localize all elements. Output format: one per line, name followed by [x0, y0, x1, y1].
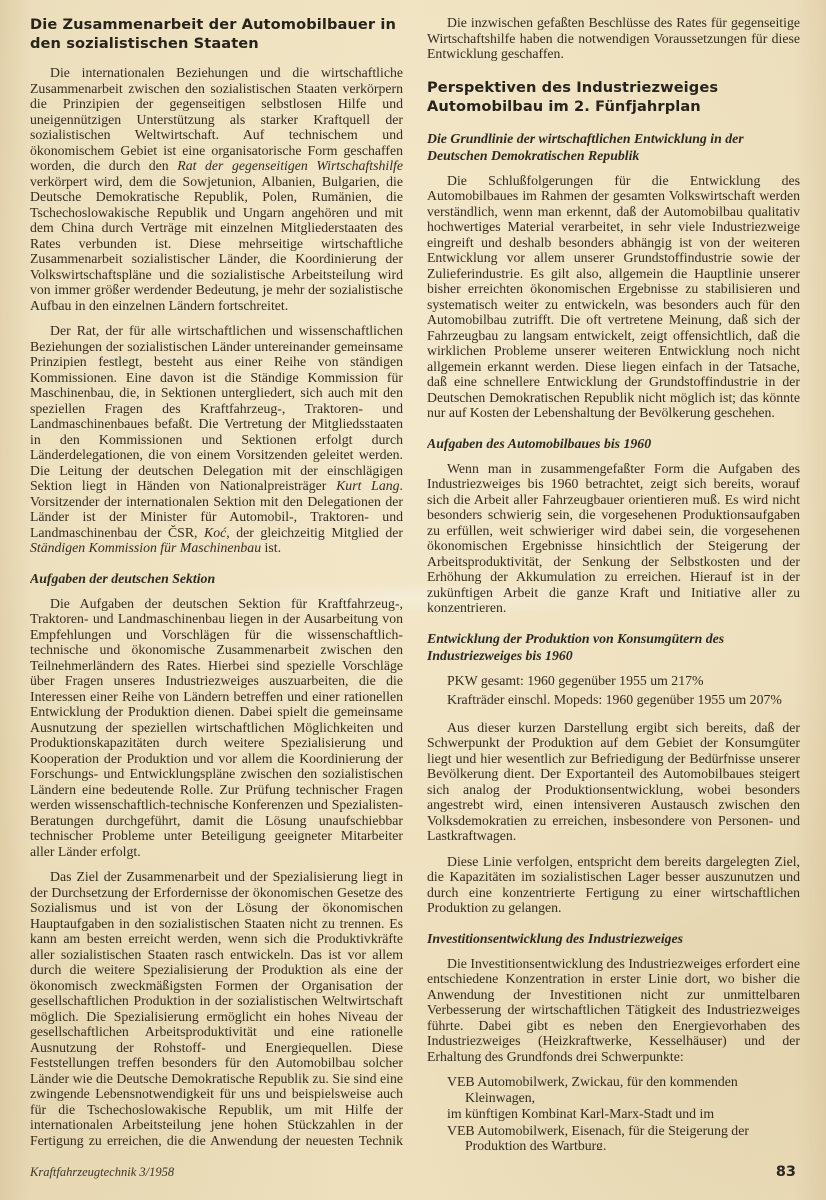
text-run: Entwicklung der Produktion von Konsumgüt… [427, 631, 724, 663]
list-item-kombinat: im künftigen Kombinat Karl-Marx-Stadt un… [427, 1106, 800, 1122]
text-run: Krafträder einschl. Mopeds: 1960 gegenüb… [447, 692, 782, 707]
text-run: Die Investitionsentwicklung des Industri… [427, 956, 800, 1064]
text-run: Die Zusammenarbeit der Automobilbauer in… [30, 16, 396, 52]
text-run: ist. [261, 540, 281, 555]
paragraph: Die Investitionsentwicklung des Industri… [427, 956, 800, 1065]
article-title: Die Zusammenarbeit der Automobilbauer in… [30, 15, 403, 53]
paragraph: Wenn man in zusammengefaßter Form die Au… [427, 461, 800, 616]
list-item-zwickau: VEB Automobilwerk, Zwickau, für den komm… [427, 1074, 800, 1105]
paragraph: Die internationalen Beziehungen und die … [30, 65, 403, 313]
paragraph: Die Schlußfolgerungen für die Entwicklun… [427, 173, 800, 421]
text-run: VEB Automobilwerk, Eisenach, für die Ste… [447, 1123, 749, 1151]
text-run: verkörpert wird, dem die Sowjetunion, Al… [30, 174, 403, 313]
paragraph: Aus dieser kurzen Darstellung ergibt sic… [427, 720, 800, 844]
section-subheading: Entwicklung der Produktion von Konsumgüt… [427, 630, 800, 664]
text-run: Aufgaben des Automobilbaues bis 1960 [427, 436, 651, 451]
paragraph: Das Ziel der Zusammenarbeit und der Spez… [30, 869, 403, 1150]
right-column: Die inzwischen gefaßten Beschlüsse des R… [427, 15, 800, 1150]
emphasized-text: Ständigen Kommission für Maschinenbau [30, 540, 261, 555]
emphasized-text: Kurt Lang [336, 478, 399, 493]
page-footer: Kraftfahrzeugtechnik 3/1958 83 [30, 1164, 796, 1180]
text-run: VEB Automobilwerk, Zwickau, für den komm… [447, 1074, 738, 1105]
section-subheading: Aufgaben der deutschen Sektion [30, 570, 403, 587]
scanned-journal-page: Die Zusammenarbeit der Automobilbauer in… [0, 0, 826, 1200]
text-run: Die Grundlinie der wirtschaftlichen Entw… [427, 131, 744, 163]
text-run: Die Schlußfolgerungen für die Entwicklun… [427, 173, 800, 421]
text-run: PKW gesamt: 1960 gegenüber 1955 um 217% [447, 673, 703, 688]
paragraph: Die inzwischen gefaßten Beschlüsse des R… [427, 15, 800, 62]
text-run: Perspektiven des Industriezweiges Automo… [427, 79, 718, 115]
stat-line-kraftraeder: Krafträder einschl. Mopeds: 1960 gegenüb… [427, 692, 800, 708]
paragraph: Die Aufgaben der deutschen Sektion für K… [30, 596, 403, 860]
paragraph: Diese Linie verfolgen, entspricht dem be… [427, 854, 800, 916]
emphasized-text: Rat der gegenseitigen Wirtschaftshilfe [177, 158, 403, 173]
section-subheading: Investitionsentwicklung des Industriezwe… [427, 930, 800, 947]
two-column-layout: Die Zusammenarbeit der Automobilbauer in… [30, 15, 800, 1150]
text-run: Aufgaben der deutschen Sektion [30, 571, 215, 586]
paragraph: Der Rat, der für alle wirtschaftlichen u… [30, 323, 403, 556]
text-run: Die internationalen Beziehungen und die … [30, 65, 403, 173]
text-run: Wenn man in zusammengefaßter Form die Au… [427, 461, 800, 616]
section-subheading: Aufgaben des Automobilbaues bis 1960 [427, 435, 800, 452]
text-run: Aus dieser kurzen Darstellung ergibt sic… [427, 720, 800, 844]
list-item-eisenach: VEB Automobilwerk, Eisenach, für die Ste… [427, 1123, 800, 1151]
text-run: im künftigen Kombinat Karl-Marx-Stadt un… [447, 1106, 714, 1121]
article-title: Perspektiven des Industriezweiges Automo… [427, 78, 800, 116]
text-run: Investitionsentwicklung des Industriezwe… [427, 931, 683, 946]
text-run: Das Ziel der Zusammenarbeit und der Spez… [30, 869, 403, 1150]
emphasized-text: Koć [204, 525, 226, 540]
text-run: Die inzwischen gefaßten Beschlüsse des R… [427, 15, 800, 61]
section-subheading: Die Grundlinie der wirtschaftlichen Entw… [427, 130, 800, 164]
text-run: Der Rat, der für alle wirtschaftlichen u… [30, 323, 403, 493]
left-column: Die Zusammenarbeit der Automobilbauer in… [30, 15, 403, 1150]
journal-title: Kraftfahrzeugtechnik 3/1958 [30, 1165, 174, 1180]
text-run: Diese Linie verfolgen, entspricht dem be… [427, 854, 800, 916]
text-run: , der gleichzeitig Mitglied der [226, 525, 403, 540]
text-run: Die Aufgaben der deutschen Sektion für K… [30, 596, 403, 859]
page-number: 83 [776, 1164, 796, 1180]
stat-line-pkw: PKW gesamt: 1960 gegenüber 1955 um 217% [427, 673, 800, 689]
